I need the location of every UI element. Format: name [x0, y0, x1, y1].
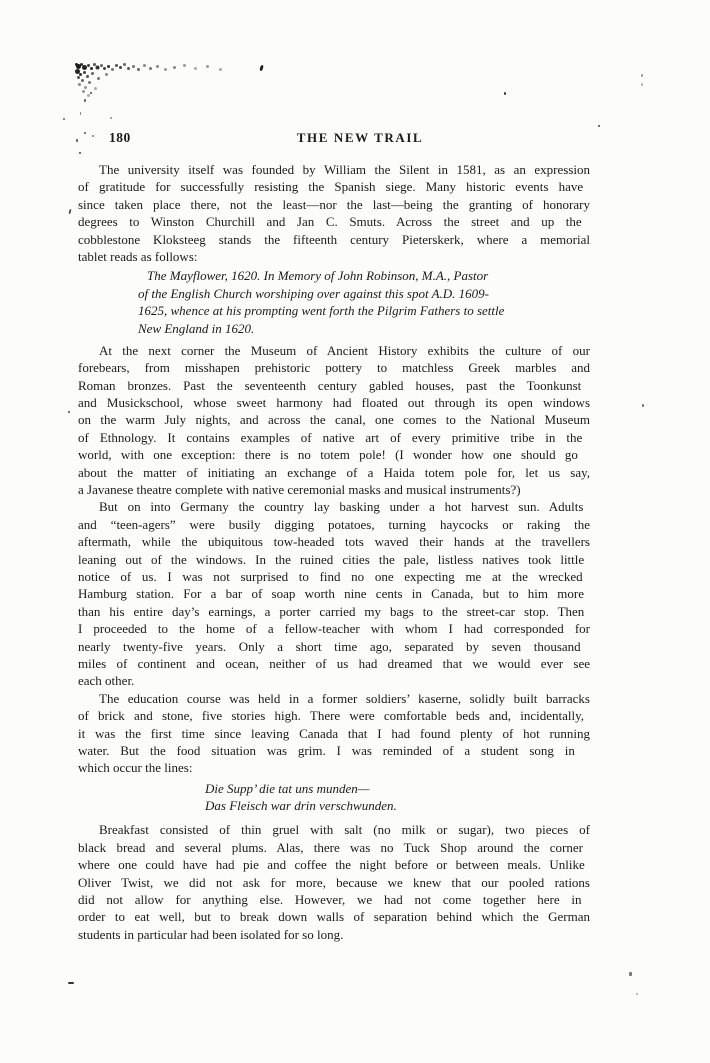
- paragraph-university-founding: The university itself was founded by Wil…: [78, 161, 590, 265]
- paragraph-breakfast: Breakfast consisted of thin gruel with s…: [78, 821, 590, 943]
- page-header: 180 THE NEW TRAIL: [0, 130, 710, 148]
- ink-speck: [110, 117, 112, 119]
- ink-speck: [68, 411, 70, 413]
- ink-speck: [629, 972, 632, 976]
- page-content: The university itself was founded by Wil…: [78, 161, 590, 943]
- ink-speck: [80, 112, 81, 115]
- paragraph-museums: At the next corner the Museum of Ancient…: [78, 342, 590, 499]
- ink-speck: [636, 993, 638, 995]
- running-title: THE NEW TRAIL: [10, 130, 710, 146]
- ink-speck: [68, 982, 74, 984]
- ink-speck: [642, 404, 644, 407]
- ink-speck: [90, 92, 92, 94]
- ink-speck: [68, 209, 71, 214]
- ink-speck: [79, 152, 81, 154]
- memorial-tablet-quote: The Mayflower, 1620. In Memory of John R…: [138, 267, 510, 337]
- ink-speck: [84, 99, 86, 102]
- ink-speck: [63, 118, 65, 120]
- book-page: 180 THE NEW TRAIL The university itself …: [0, 0, 710, 1063]
- ink-speck: [259, 65, 263, 72]
- ink-speck: [504, 92, 506, 95]
- ink-speck: [641, 83, 643, 86]
- ink-speck: [598, 125, 600, 127]
- ink-speck: [641, 74, 643, 77]
- paragraph-education-course: The education course was held in a forme…: [78, 690, 590, 777]
- student-song-quote: Die Supp’ die tat uns munden—Das Fleisch…: [205, 780, 590, 815]
- paragraph-germany-journey: But on into Germany the country lay bask…: [78, 498, 590, 689]
- ink-smudge: [75, 63, 78, 66]
